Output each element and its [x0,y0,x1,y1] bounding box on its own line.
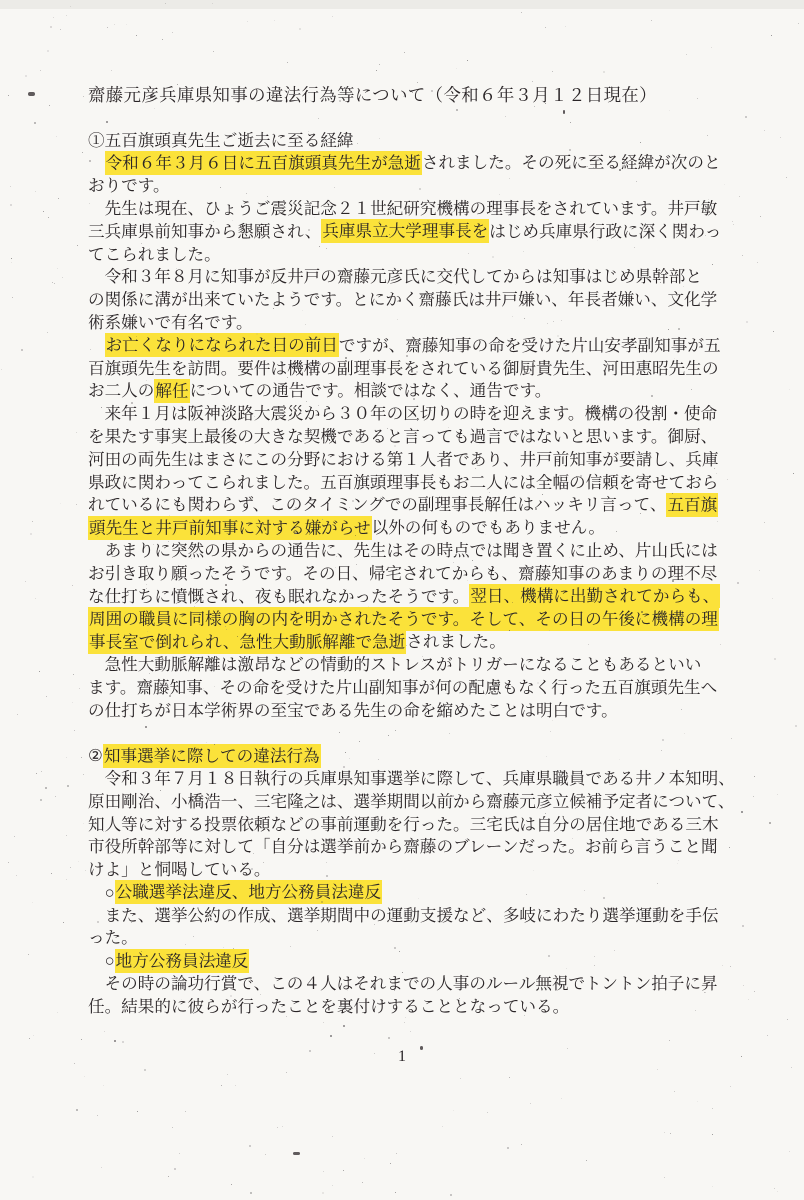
text-segment: ○ [88,951,115,970]
text-segment [88,153,105,172]
document-body: 齋藤元彦兵庫県知事の違法行為等について（令和６年３月１２日現在）①五百旗頭真先生… [88,84,736,1019]
text-line: の仕打ちが日本学術界の至宝である先生の命を縮めたことは明白です。 [88,700,736,723]
text-segment: 令和３年７月１８日執行の兵庫県知事選挙に際して、兵庫県職員である井ノ本知明、 [88,769,735,788]
text-line: 百旗頭先生を訪問。要件は機構の副理事長をされている御厨貴先生、河田惠昭先生の [88,358,736,381]
text-line: な仕打ちに憤慨され、夜も眠れなかったそうです。翌日、機構に出勤されてからも、 [88,586,736,609]
text-segment: おりです。 [88,176,170,195]
text-segment: 任。結果的に彼らが行ったことを裏付けすることとなっている。 [88,997,569,1016]
text-segment: はじめ兵庫県行政に深く関わっ [489,222,721,241]
text-line: 県政に関わってこられました。五百旗頭理事長もお二人には全幅の信頼を寄せておら [88,472,736,495]
text-line: 先生は現在、ひょうご震災記念２１世紀研究機構の理事長をされています。井戸敏 [88,198,736,221]
text-segment: されました。その死に至る経緯が次のと [422,153,721,172]
highlighted-text: 周囲の職員に同様の胸の内を明かされたそうです。そして、その日の午後に機構の理 [88,607,719,631]
text-segment: 急性大動脈解離は激昂などの情動的ストレスがトリガーになることもあるといい [88,655,701,674]
text-segment: 以外の何ものでもありません。 [372,518,605,537]
text-segment: 市役所幹部等に対して「自分は選挙前から齋藤のブレーンだった。お前ら言うこと聞 [88,837,718,856]
text-segment: の関係に溝が出来ていたようです。とにかく齋藤氏は井戸嫌い、年長者嫌い、文化学 [88,290,717,309]
text-line: 河田の両先生はまさにこの分野における第１人者であり、井戸前知事が要請し、兵庫 [88,449,736,472]
text-segment: お引き取り願ったそうです。その日、帰宅されてからも、齋藤知事のあまりの理不尽 [88,564,717,583]
section-heading: ②知事選挙に際しての違法行為 [88,745,736,768]
text-segment: 知人等に対する投票依頼などの事前運動を行った。三宅氏は自分の居住地である三木 [88,815,719,834]
text-segment: 齋藤元彦兵庫県知事の違法行為等について（令和６年３月１２日現在） [88,85,657,105]
text-line: 市役所幹部等に対して「自分は選挙前から齋藤のブレーンだった。お前ら言うこと聞 [88,836,736,859]
text-segment: あまりに突然の県からの通告に、先生はその時点では聞き置くに止め、片山氏には [88,541,718,560]
text-line: また、選挙公約の作成、選挙期間中の運動支援など、多岐にわたり選挙運動を手伝 [88,905,736,928]
text-line: お二人の解任についての通告です。相談ではなく、通告です。 [88,380,736,403]
text-segment: されました。 [406,632,506,651]
text-line: てこられました。 [88,244,736,267]
text-segment: れているにも関わらず、このタイミングでの副理事長解任はハッキリ言って、 [88,495,666,514]
highlighted-text: お亡くなりになられた日の前日 [105,333,339,357]
text-segment: お二人の [88,381,154,400]
text-segment: 術系嫌いで有名です。 [88,313,253,332]
text-segment: な仕打ちに憤慨され、夜も眠れなかったそうです。 [88,587,469,606]
text-segment [88,336,105,355]
text-line: 急性大動脈解離は激昂などの情動的ストレスがトリガーになることもあるといい [88,654,736,677]
highlighted-text: 頭先生と井戸前知事に対する嫌がらせ [88,516,372,540]
highlighted-text: 地方公務員法違反 [115,949,250,973]
text-line: 周囲の職員に同様の胸の内を明かされたそうです。そして、その日の午後に機構の理 [88,608,736,631]
text-line: 頭先生と井戸前知事に対する嫌がらせ以外の何ものでもありません。 [88,517,736,540]
highlighted-text: 知事選挙に際しての違法行為 [103,744,321,768]
highlighted-text: 翌日、機構に出勤されてからも、 [469,584,720,608]
highlighted-text: 令和６年３月６日に五百旗頭真先生が急逝 [105,151,422,175]
text-line: 原田剛治、小橋浩一、三宅隆之は、選挙期間以前から齋藤元彦立候補予定者について、 [88,791,736,814]
text-segment: 令和３年８月に知事が反井戸の齋藤元彦氏に交代してからは知事はじめ県幹部と [88,267,702,286]
text-line: 来年１月は阪神淡路大震災から３０年の区切りの時を迎えます。機構の役割・使命 [88,403,736,426]
text-line: 三兵庫県前知事から懇願され、兵庫県立大学理事長をはじめ兵庫県行政に深く関わっ [88,221,736,244]
text-line: その時の論功行賞で、この４人はそれまでの人事のルール無視でトントン拍子に昇 [88,973,736,996]
text-line: 令和３年７月１８日執行の兵庫県知事選挙に際して、兵庫県職員である井ノ本知明、 [88,768,736,791]
text-segment: ます。齋藤知事、その命を受けた片山副知事が何の配慮もなく行った五百旗頭先生へ [88,678,717,697]
text-line: ○公職選挙法違反、地方公務員法違反 [88,882,736,905]
text-segment: ② [88,746,103,765]
text-segment: また、選挙公約の作成、選挙期間中の運動支援など、多岐にわたり選挙運動を手伝 [88,906,719,925]
text-line: おりです。 [88,175,736,198]
text-segment: けよ」と恫喝している。 [88,860,271,879]
text-segment: の仕打ちが日本学術界の至宝である先生の命を縮めたことは明白です。 [88,701,618,720]
text-line: 令和６年３月６日に五百旗頭真先生が急逝されました。その死に至る経緯が次のと [88,152,736,175]
text-segment: ○ [88,883,115,902]
scanned-page: 齋藤元彦兵庫県知事の違法行為等について（令和６年３月１２日現在）①五百旗頭真先生… [0,0,804,1200]
text-segment: 百旗頭先生を訪問。要件は機構の副理事長をされている御厨貴先生、河田惠昭先生の [88,359,719,378]
text-segment: った。 [88,928,138,947]
text-line: ○地方公務員法違反 [88,950,736,973]
section-heading: ①五百旗頭真先生ご逝去に至る経緯 [88,130,736,153]
text-line: お引き取り願ったそうです。その日、帰宅されてからも、齋藤知事のあまりの理不尽 [88,563,736,586]
text-segment: 来年１月は阪神淡路大震災から３０年の区切りの時を迎えます。機構の役割・使命 [88,404,717,423]
text-segment: 県政に関わってこられました。五百旗頭理事長もお二人には全幅の信頼を寄せておら [88,473,718,492]
text-line: った。 [88,927,736,950]
text-segment: てこられました。 [88,245,221,264]
text-line: の関係に溝が出来ていたようです。とにかく齋藤氏は井戸嫌い、年長者嫌い、文化学 [88,289,736,312]
text-segment: ①五百旗頭真先生ご逝去に至る経緯 [88,131,354,150]
text-line: 任。結果的に彼らが行ったことを裏付けすることとなっている。 [88,996,736,1019]
highlighted-text: 事長室で倒れられ、急性大動脈解離で急逝 [88,630,406,654]
text-segment: についての通告です。相談ではなく、通告です。 [190,381,552,400]
scan-top-edge [0,0,804,9]
text-segment: 原田剛治、小橋浩一、三宅隆之は、選挙期間以前から齋藤元彦立候補予定者について、 [88,792,735,811]
text-line: お亡くなりになられた日の前日ですが、齋藤知事の命を受けた片山安孝副知事が五 [88,335,736,358]
highlighted-text: 五百旗 [666,493,718,517]
text-line: 知人等に対する投票依頼などの事前運動を行った。三宅氏は自分の居住地である三木 [88,814,736,837]
highlighted-text: 兵庫県立大学理事長を [321,219,489,243]
text-segment: を果たす事実上最後の大きな契機であると言っても過言ではないと思います。御厨、 [88,427,717,446]
document-title: 齋藤元彦兵庫県知事の違法行為等について（令和６年３月１２日現在） [88,84,736,107]
text-segment: ですが、齋藤知事の命を受けた片山安孝副知事が五 [339,336,721,355]
text-line: けよ」と恫喝している。 [88,859,736,882]
text-segment: 先生は現在、ひょうご震災記念２１世紀研究機構の理事長をされています。井戸敏 [88,199,717,218]
page-number: 1 [0,1048,804,1066]
text-segment: その時の論功行賞で、この４人はそれまでの人事のルール無視でトントン拍子に昇 [88,974,718,993]
text-line: ます。齋藤知事、その命を受けた片山副知事が何の配慮もなく行った五百旗頭先生へ [88,677,736,700]
text-line: を果たす事実上最後の大きな契機であると言っても過言ではないと思います。御厨、 [88,426,736,449]
highlighted-text: 解任 [154,379,189,403]
text-segment: 河田の両先生はまさにこの分野における第１人者であり、井戸前知事が要請し、兵庫 [88,450,719,469]
text-line: 令和３年８月に知事が反井戸の齋藤元彦氏に交代してからは知事はじめ県幹部と [88,266,736,289]
text-segment: 三兵庫県前知事から懇願され、 [88,222,321,241]
text-line: あまりに突然の県からの通告に、先生はその時点では聞き置くに止め、片山氏には [88,540,736,563]
text-line: 術系嫌いで有名です。 [88,312,736,335]
highlighted-text: 公職選挙法違反、地方公務員法違反 [115,880,383,904]
text-line: 事長室で倒れられ、急性大動脈解離で急逝されました。 [88,631,736,654]
text-line: れているにも関わらず、このタイミングでの副理事長解任はハッキリ言って、五百旗 [88,494,736,517]
